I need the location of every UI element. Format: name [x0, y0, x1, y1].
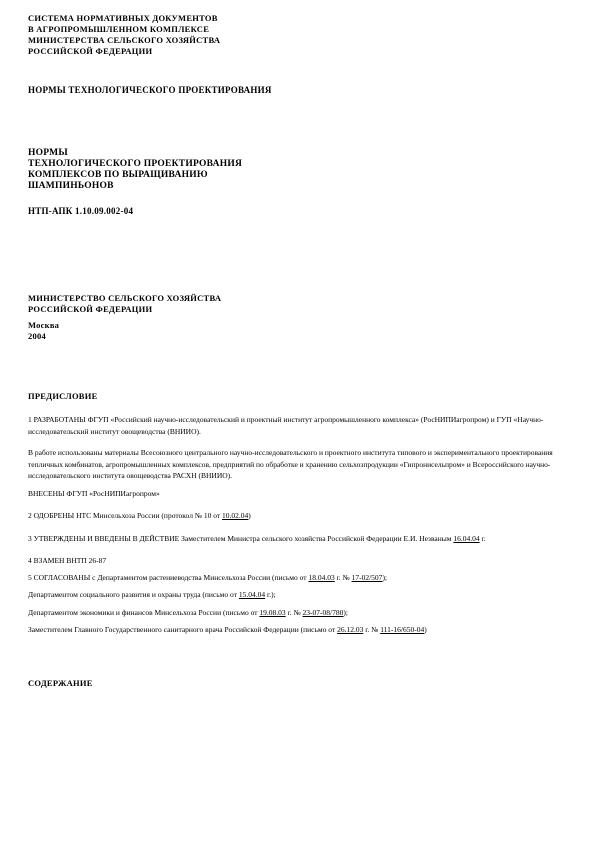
text-segment: 4 ВЗАМЕН ВНТП 26-87	[28, 556, 106, 565]
text-segment: )	[248, 511, 251, 520]
text-segment: )	[424, 625, 427, 634]
text-segment: г.);	[265, 590, 276, 599]
text-segment: ВНЕСЕНЫ ФГУП «РосНИПИагропром»	[28, 489, 160, 498]
imprint-city: Москва	[28, 320, 567, 331]
preface-paragraph: ВНЕСЕНЫ ФГУП «РосНИПИагропром»	[28, 488, 567, 500]
text-line: ШАМПИНЬОНОВ	[28, 181, 567, 192]
text-line: РОССИЙСКОЙ ФЕДЕРАЦИИ	[28, 304, 567, 315]
inline-link[interactable]: 19.08.03	[259, 608, 285, 617]
text-segment: 5 СОГЛАСОВАНЫ с Департаментом растениево…	[28, 573, 308, 582]
document-title: НОРМЫТЕХНОЛОГИЧЕСКОГО ПРОЕКТИРОВАНИЯКОМП…	[28, 148, 567, 192]
document-code: НТП-АПК 1.10.09.002-04	[28, 206, 567, 217]
preface-paragraph: 2 ОДОБРЕНЫ НТС Минсельхоза России (прото…	[28, 510, 567, 522]
text-line: РОССИЙСКОЙ ФЕДЕРАЦИИ	[28, 46, 567, 57]
imprint-block: Москва 2004	[28, 320, 567, 342]
text-line: СИСТЕМА НОРМАТИВНЫХ ДОКУМЕНТОВ	[28, 13, 567, 24]
inline-link[interactable]: 111-16/650-04	[380, 625, 424, 634]
inline-link[interactable]: 16.04.04	[453, 534, 479, 543]
preface-paragraph: 1 РАЗРАБОТАНЫ ФГУП «Российский научно-ис…	[28, 414, 567, 437]
inline-link[interactable]: 26.12.03	[337, 625, 363, 634]
inline-link[interactable]: 10.02.04	[222, 511, 248, 520]
imprint-year: 2004	[28, 331, 567, 342]
preface-paragraph: Департаментом экономики и финансов Минсе…	[28, 607, 567, 619]
doc-type-line: НОРМЫ ТЕХНОЛОГИЧЕСКОГО ПРОЕКТИРОВАНИЯ	[28, 85, 567, 96]
text-segment: );	[343, 608, 348, 617]
text-line: НОРМЫ	[28, 148, 567, 159]
inline-link[interactable]: 18.04.03	[308, 573, 334, 582]
text-segment: г. №	[286, 608, 303, 617]
text-line: В АГРОПРОМЫШЛЕННОМ КОМПЛЕКСЕ	[28, 24, 567, 35]
text-segment: Департаментом экономики и финансов Минсе…	[28, 608, 259, 617]
preface-paragraphs: 1 РАЗРАБОТАНЫ ФГУП «Российский научно-ис…	[28, 414, 567, 636]
preface-paragraph: В работе использованы материалы Всесоюзн…	[28, 447, 567, 482]
text-line: МИНИСТЕРСТВА СЕЛЬСКОГО ХОЗЯЙСТВА	[28, 35, 567, 46]
preface-paragraph: 3 УТВЕРЖДЕНЫ И ВВЕДЕНЫ В ДЕЙСТВИЕ Замест…	[28, 533, 567, 545]
inline-link[interactable]: 23-07-08/780	[303, 608, 344, 617]
ministry-block: МИНИСТЕРСТВО СЕЛЬСКОГО ХОЗЯЙСТВАРОССИЙСК…	[28, 293, 567, 315]
text-segment: );	[382, 573, 387, 582]
inline-link[interactable]: 15.04.04	[239, 590, 265, 599]
text-segment: г. №	[335, 573, 352, 582]
header-system-block: СИСТЕМА НОРМАТИВНЫХ ДОКУМЕНТОВВ АГРОПРОМ…	[28, 13, 567, 57]
inline-link[interactable]: 17-02/507	[352, 573, 383, 582]
text-segment: Департаментом социального развития и охр…	[28, 590, 239, 599]
preface-paragraph: 4 ВЗАМЕН ВНТП 26-87	[28, 555, 567, 567]
text-segment: Заместителем Главного Государственного с…	[28, 625, 337, 634]
preface-paragraph: 5 СОГЛАСОВАНЫ с Департаментом растениево…	[28, 572, 567, 584]
text-line: ТЕХНОЛОГИЧЕСКОГО ПРОЕКТИРОВАНИЯ	[28, 159, 567, 170]
text-segment: г. №	[363, 625, 380, 634]
text-line: КОМПЛЕКСОВ ПО ВЫРАЩИВАНИЮ	[28, 170, 567, 181]
preface-paragraph: Заместителем Главного Государственного с…	[28, 624, 567, 636]
text-segment: 2 ОДОБРЕНЫ НТС Минсельхоза России (прото…	[28, 511, 222, 520]
text-segment: В работе использованы материалы Всесоюзн…	[28, 448, 553, 480]
text-line: МИНИСТЕРСТВО СЕЛЬСКОГО ХОЗЯЙСТВА	[28, 293, 567, 304]
text-segment: 3 УТВЕРЖДЕНЫ И ВВЕДЕНЫ В ДЕЙСТВИЕ Замест…	[28, 534, 453, 543]
preface-heading: ПРЕДИСЛОВИЕ	[28, 391, 567, 402]
document-page: СИСТЕМА НОРМАТИВНЫХ ДОКУМЕНТОВВ АГРОПРОМ…	[0, 0, 595, 842]
preface-paragraph: Департаментом социального развития и охр…	[28, 589, 567, 601]
text-segment: 1 РАЗРАБОТАНЫ ФГУП «Российский научно-ис…	[28, 415, 543, 436]
contents-heading: СОДЕРЖАНИЕ	[28, 678, 567, 689]
text-segment: г.	[480, 534, 486, 543]
